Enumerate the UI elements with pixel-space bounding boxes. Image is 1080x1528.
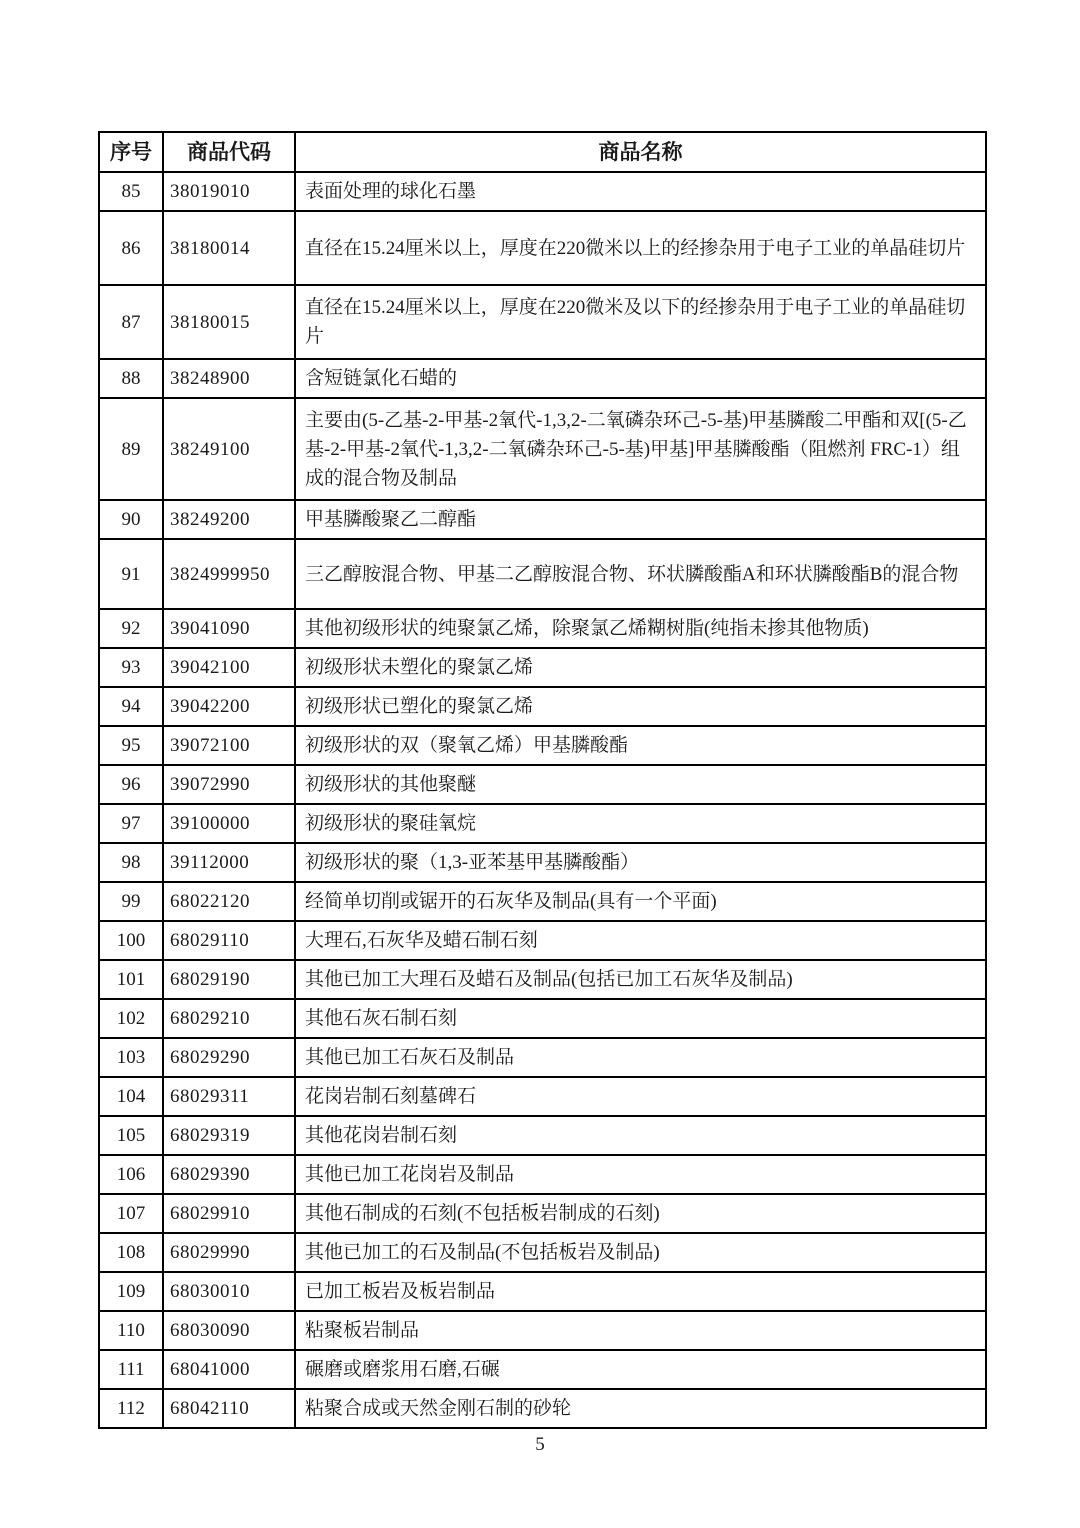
row-commodity-name: 表面处理的球化石墨	[295, 172, 986, 211]
row-commodity-name: 其他石制成的石刻(不包括板岩制成的石刻)	[295, 1194, 986, 1233]
table-row: 11068030090粘聚板岩制品	[99, 1311, 986, 1350]
row-commodity-code: 68029990	[163, 1233, 295, 1272]
table-header: 序号 商品代码 商品名称	[99, 132, 986, 172]
row-serial-number: 100	[99, 921, 163, 960]
row-commodity-name: 粘聚板岩制品	[295, 1311, 986, 1350]
row-commodity-name: 含短链氯化石蜡的	[295, 359, 986, 398]
table-row: 8838248900含短链氯化石蜡的	[99, 359, 986, 398]
row-commodity-name: 初级形状的双（聚氧乙烯）甲基膦酸酯	[295, 726, 986, 765]
row-commodity-name: 甲基膦酸聚乙二醇酯	[295, 500, 986, 539]
row-commodity-name: 主要由(5-乙基-2-甲基-2氧代-1,3,2-二氧磷杂环己-5-基)甲基膦酸二…	[295, 398, 986, 500]
row-serial-number: 93	[99, 648, 163, 687]
row-commodity-name: 初级形状的聚（1,3-亚苯基甲基膦酸酯）	[295, 843, 986, 882]
row-serial-number: 108	[99, 1233, 163, 1272]
row-commodity-code: 68029110	[163, 921, 295, 960]
row-commodity-code: 68029311	[163, 1077, 295, 1116]
table-row: 9639072990初级形状的其他聚醚	[99, 765, 986, 804]
row-commodity-code: 3824999950	[163, 539, 295, 609]
table-row: 10368029290其他已加工石灰石及制品	[99, 1038, 986, 1077]
row-commodity-name: 三乙醇胺混合物、甲基二乙醇胺混合物、环状膦酸酯A和环状膦酸酯B的混合物	[295, 539, 986, 609]
row-serial-number: 85	[99, 172, 163, 211]
page-number: 5	[0, 1434, 1080, 1456]
table-row: 9739100000初级形状的聚硅氧烷	[99, 804, 986, 843]
row-serial-number: 112	[99, 1389, 163, 1428]
table-row: 10568029319其他花岗岩制石刻	[99, 1116, 986, 1155]
row-commodity-name: 其他花岗岩制石刻	[295, 1116, 986, 1155]
row-commodity-code: 38249100	[163, 398, 295, 500]
table-row: 10268029210其他石灰石制石刻	[99, 999, 986, 1038]
row-commodity-code: 38249200	[163, 500, 295, 539]
row-commodity-code: 39112000	[163, 843, 295, 882]
row-commodity-code: 68042110	[163, 1389, 295, 1428]
row-serial-number: 88	[99, 359, 163, 398]
row-commodity-name: 其他石灰石制石刻	[295, 999, 986, 1038]
table-row: 9239041090其他初级形状的纯聚氯乙烯，除聚氯乙烯糊树脂(纯指未掺其他物质…	[99, 609, 986, 648]
row-serial-number: 110	[99, 1311, 163, 1350]
row-serial-number: 107	[99, 1194, 163, 1233]
row-commodity-code: 38248900	[163, 359, 295, 398]
row-commodity-code: 39041090	[163, 609, 295, 648]
row-commodity-name: 初级形状的聚硅氧烷	[295, 804, 986, 843]
row-serial-number: 86	[99, 211, 163, 285]
commodity-table: 序号 商品代码 商品名称 8538019010表面处理的球化石墨86381800…	[98, 131, 987, 1429]
row-serial-number: 106	[99, 1155, 163, 1194]
row-commodity-name: 其他已加工的石及制品(不包括板岩及制品)	[295, 1233, 986, 1272]
table-body: 8538019010表面处理的球化石墨8638180014直径在15.24厘米以…	[99, 172, 986, 1428]
row-serial-number: 104	[99, 1077, 163, 1116]
row-commodity-code: 68030010	[163, 1272, 295, 1311]
row-serial-number: 91	[99, 539, 163, 609]
row-serial-number: 102	[99, 999, 163, 1038]
row-serial-number: 98	[99, 843, 163, 882]
table-row: 8638180014直径在15.24厘米以上，厚度在220微米以上的经掺杂用于电…	[99, 211, 986, 285]
row-commodity-name: 直径在15.24厘米以上，厚度在220微米以上的经掺杂用于电子工业的单晶硅切片	[295, 211, 986, 285]
table-row: 10768029910其他石制成的石刻(不包括板岩制成的石刻)	[99, 1194, 986, 1233]
row-commodity-name: 花岗岩制石刻墓碑石	[295, 1077, 986, 1116]
row-commodity-code: 39072100	[163, 726, 295, 765]
row-commodity-name: 碾磨或磨浆用石磨,石碾	[295, 1350, 986, 1389]
row-serial-number: 90	[99, 500, 163, 539]
header-row: 序号 商品代码 商品名称	[99, 132, 986, 172]
row-commodity-code: 68030090	[163, 1311, 295, 1350]
row-commodity-name: 其他已加工花岗岩及制品	[295, 1155, 986, 1194]
table-row: 8738180015直径在15.24厘米以上，厚度在220微米及以下的经掺杂用于…	[99, 285, 986, 359]
table-row: 10168029190其他已加工大理石及蜡石及制品(包括已加工石灰华及制品)	[99, 960, 986, 999]
row-commodity-code: 68029190	[163, 960, 295, 999]
row-commodity-code: 68029910	[163, 1194, 295, 1233]
row-serial-number: 96	[99, 765, 163, 804]
row-serial-number: 111	[99, 1350, 163, 1389]
row-serial-number: 92	[99, 609, 163, 648]
row-serial-number: 103	[99, 1038, 163, 1077]
row-serial-number: 105	[99, 1116, 163, 1155]
table-row: 9539072100初级形状的双（聚氧乙烯）甲基膦酸酯	[99, 726, 986, 765]
row-serial-number: 101	[99, 960, 163, 999]
header-commodity-name: 商品名称	[295, 132, 986, 172]
row-commodity-code: 39042200	[163, 687, 295, 726]
row-serial-number: 87	[99, 285, 163, 359]
row-commodity-name: 其他初级形状的纯聚氯乙烯，除聚氯乙烯糊树脂(纯指未掺其他物质)	[295, 609, 986, 648]
row-serial-number: 99	[99, 882, 163, 921]
row-commodity-name: 经简单切削或锯开的石灰华及制品(具有一个平面)	[295, 882, 986, 921]
row-commodity-code: 38180015	[163, 285, 295, 359]
table-row: 9968022120经简单切削或锯开的石灰华及制品(具有一个平面)	[99, 882, 986, 921]
row-commodity-code: 39100000	[163, 804, 295, 843]
row-commodity-code: 68022120	[163, 882, 295, 921]
table-row: 10468029311花岗岩制石刻墓碑石	[99, 1077, 986, 1116]
row-commodity-code: 39072990	[163, 765, 295, 804]
row-commodity-name: 直径在15.24厘米以上，厚度在220微米及以下的经掺杂用于电子工业的单晶硅切片	[295, 285, 986, 359]
row-commodity-name: 初级形状已塑化的聚氯乙烯	[295, 687, 986, 726]
table-row: 11268042110粘聚合成或天然金刚石制的砂轮	[99, 1389, 986, 1428]
row-commodity-code: 68029319	[163, 1116, 295, 1155]
row-commodity-name: 大理石,石灰华及蜡石制石刻	[295, 921, 986, 960]
table-row: 11168041000碾磨或磨浆用石磨,石碾	[99, 1350, 986, 1389]
row-commodity-code: 68041000	[163, 1350, 295, 1389]
row-commodity-name: 其他已加工大理石及蜡石及制品(包括已加工石灰华及制品)	[295, 960, 986, 999]
row-commodity-name: 初级形状未塑化的聚氯乙烯	[295, 648, 986, 687]
table-row: 10868029990其他已加工的石及制品(不包括板岩及制品)	[99, 1233, 986, 1272]
table-row: 913824999950三乙醇胺混合物、甲基二乙醇胺混合物、环状膦酸酯A和环状膦…	[99, 539, 986, 609]
row-serial-number: 94	[99, 687, 163, 726]
row-commodity-code: 39042100	[163, 648, 295, 687]
table-row: 10668029390其他已加工花岗岩及制品	[99, 1155, 986, 1194]
row-serial-number: 95	[99, 726, 163, 765]
row-commodity-code: 38019010	[163, 172, 295, 211]
row-serial-number: 89	[99, 398, 163, 500]
header-serial-number: 序号	[99, 132, 163, 172]
table-row: 10968030010已加工板岩及板岩制品	[99, 1272, 986, 1311]
table-row: 10068029110大理石,石灰华及蜡石制石刻	[99, 921, 986, 960]
table-row: 8938249100主要由(5-乙基-2-甲基-2氧代-1,3,2-二氧磷杂环己…	[99, 398, 986, 500]
row-commodity-code: 68029210	[163, 999, 295, 1038]
row-commodity-name: 已加工板岩及板岩制品	[295, 1272, 986, 1311]
row-commodity-code: 68029290	[163, 1038, 295, 1077]
row-commodity-code: 68029390	[163, 1155, 295, 1194]
header-commodity-code: 商品代码	[163, 132, 295, 172]
table-row: 9339042100初级形状未塑化的聚氯乙烯	[99, 648, 986, 687]
document-page: 序号 商品代码 商品名称 8538019010表面处理的球化石墨86381800…	[0, 0, 1080, 1528]
table-row: 9038249200甲基膦酸聚乙二醇酯	[99, 500, 986, 539]
row-commodity-name: 其他已加工石灰石及制品	[295, 1038, 986, 1077]
row-commodity-name: 初级形状的其他聚醚	[295, 765, 986, 804]
row-serial-number: 109	[99, 1272, 163, 1311]
table-row: 9439042200初级形状已塑化的聚氯乙烯	[99, 687, 986, 726]
row-commodity-name: 粘聚合成或天然金刚石制的砂轮	[295, 1389, 986, 1428]
row-serial-number: 97	[99, 804, 163, 843]
table-row: 8538019010表面处理的球化石墨	[99, 172, 986, 211]
table-row: 9839112000初级形状的聚（1,3-亚苯基甲基膦酸酯）	[99, 843, 986, 882]
row-commodity-code: 38180014	[163, 211, 295, 285]
